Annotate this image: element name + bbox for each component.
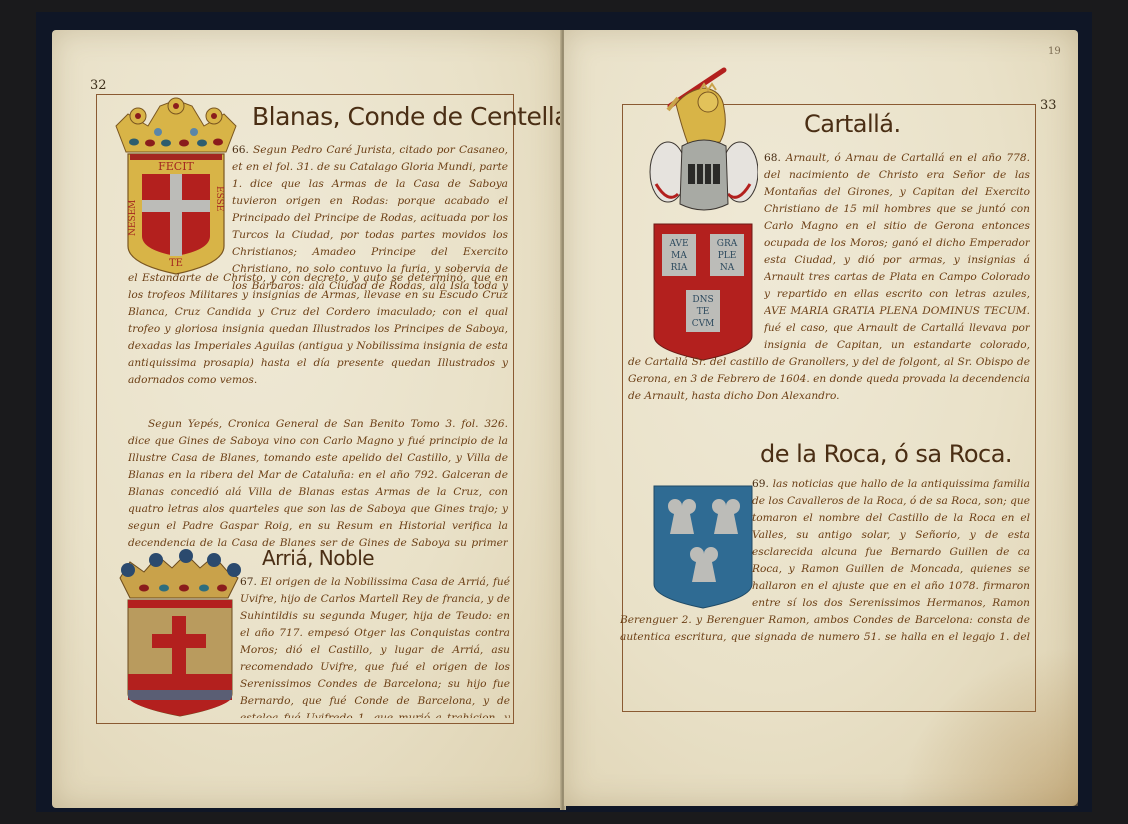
entry-number: 67.: [240, 576, 257, 588]
entry-69-text: 69. las noticias que hallo de la antiqui…: [620, 476, 1030, 646]
folio-mark: 19: [1048, 46, 1061, 57]
entry-paragraph-continued: Arnault, ó Arnau de Cartallá en el año 7…: [628, 354, 1030, 405]
cartalla-coat-of-arms-icon: AVE MA RIA GRA PLE NA DNS TE CVM: [648, 64, 758, 364]
svg-text:RIA: RIA: [671, 263, 688, 273]
entry-paragraph-continued: Segun Pedro Caré Jurista, citado por Cas…: [128, 270, 508, 389]
svg-text:AVE: AVE: [668, 239, 688, 249]
entry-68-text-top: 68. Arnault, ó Arnau de Cartallá en el a…: [764, 150, 1030, 354]
right-page: 19 33 AVE MA RIA GRA PLE NA: [564, 30, 1078, 806]
page-number: 33: [1040, 98, 1057, 113]
entry-title-arria: Arriá, Noble: [262, 546, 374, 570]
svg-text:DNS: DNS: [692, 295, 713, 305]
left-page: 32 FECIT TE NESEM ESSE Blanas, Conde de …: [52, 30, 562, 808]
entry-title-blanas: Blanas, Conde de Centellas.: [252, 102, 589, 131]
entry-paragraph: Segun Yepés, Cronica General de San Beni…: [128, 418, 508, 552]
entry-number: 69.: [752, 478, 769, 490]
entry-title-de-la-roca: de la Roca, ó sa Roca.: [760, 440, 1012, 468]
entry-number: 68.: [764, 152, 781, 164]
svg-text:ESSE: ESSE: [214, 186, 224, 211]
entry-title-cartalla: Cartallá.: [804, 110, 901, 138]
page-number: 32: [90, 78, 107, 93]
entry-67-text: 67. El origen de la Nobilissima Casa de …: [240, 574, 510, 718]
entry-66-text-second: Segun Yepés, Cronica General de San Beni…: [128, 416, 508, 552]
entry-number: 66.: [232, 144, 249, 156]
svg-text:TE: TE: [697, 307, 710, 317]
entry-paragraph: Arnault, ó Arnau de Cartallá en el año 7…: [764, 152, 1030, 354]
entry-paragraph: El origen de la Nobilissima Casa de Arri…: [240, 576, 510, 718]
svg-text:MA: MA: [671, 251, 687, 261]
svg-text:FECIT: FECIT: [158, 160, 194, 173]
svg-text:NA: NA: [720, 263, 735, 273]
svg-text:NESEM: NESEM: [128, 200, 138, 236]
blanas-coat-of-arms-icon: FECIT TE NESEM ESSE: [108, 96, 244, 276]
svg-text:PLE: PLE: [718, 251, 737, 261]
svg-text:CVM: CVM: [692, 319, 715, 329]
arria-coat-of-arms-icon: [114, 548, 244, 718]
svg-text:GRA: GRA: [717, 239, 738, 249]
svg-text:TE: TE: [169, 258, 183, 269]
entry-66-text-continued: Segun Pedro Caré Jurista, citado por Cas…: [128, 270, 508, 416]
